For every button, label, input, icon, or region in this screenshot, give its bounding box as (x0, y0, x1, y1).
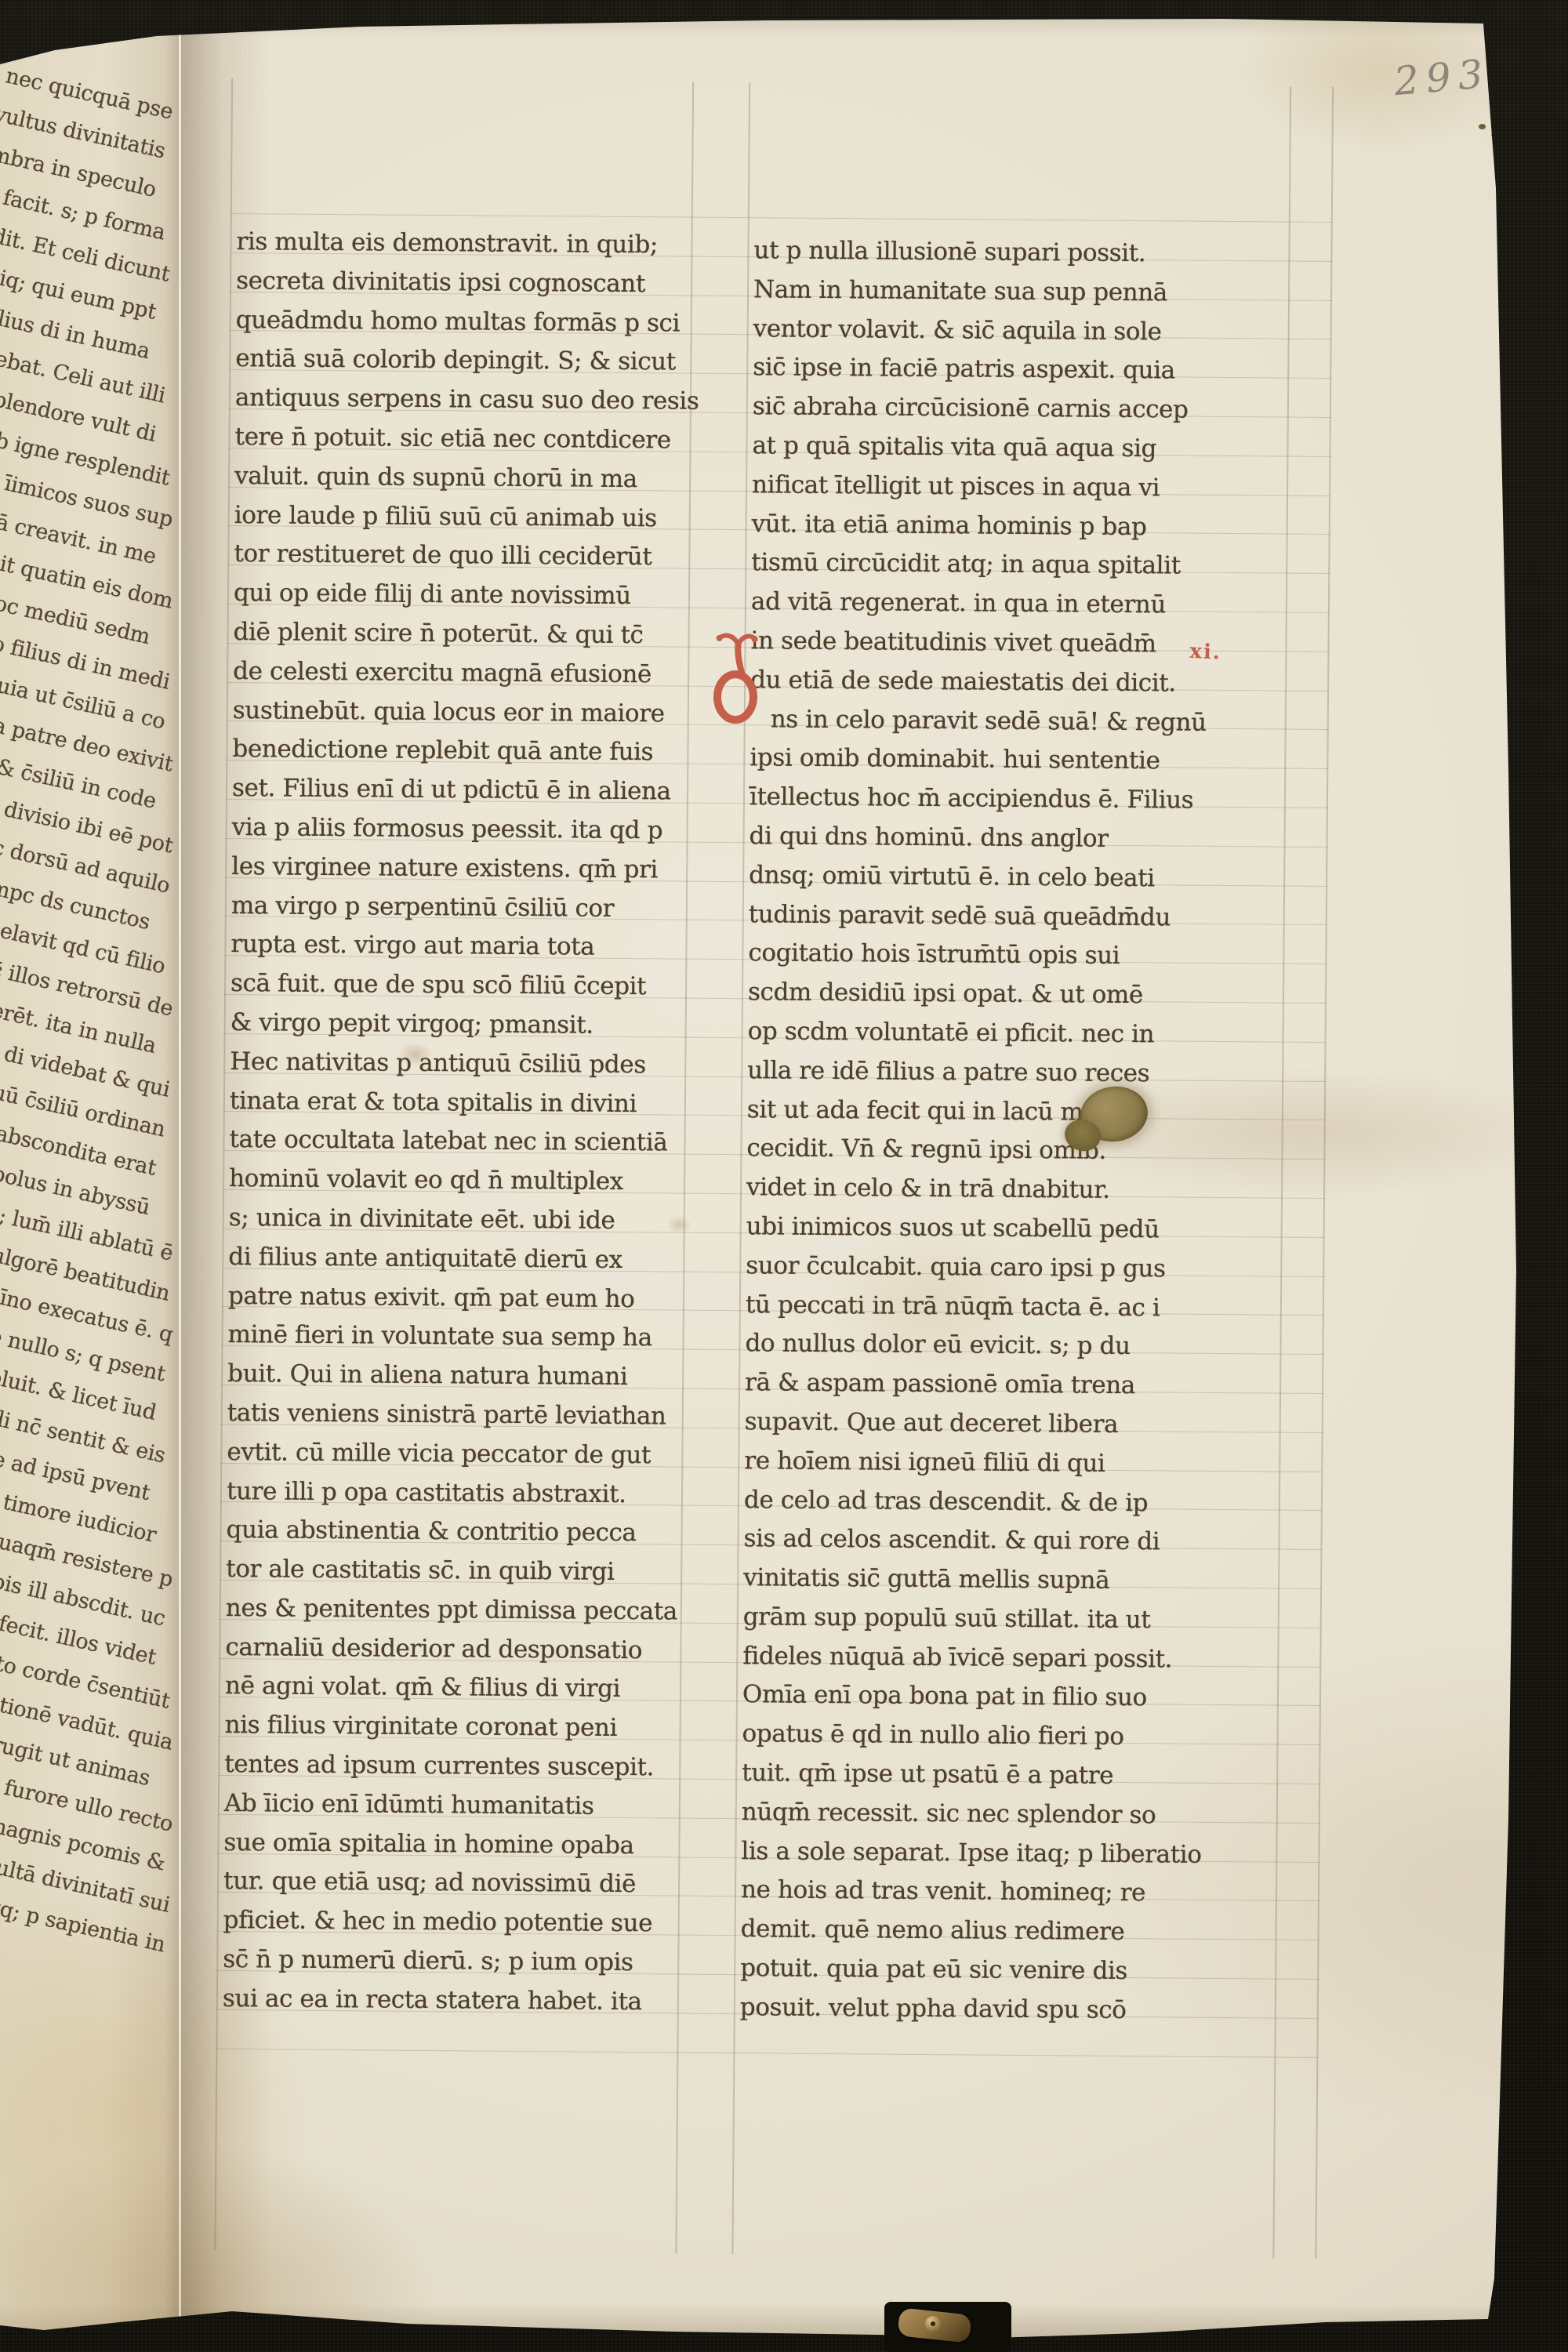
right-column-line: ipsi omib dominabit. hui sententie (750, 739, 1306, 782)
parchment-page: a potit. nec quicquā pseonē vultus divin… (0, 0, 1568, 2352)
right-column-line: tuit. qm̄ ipse ut psatū ē a patre (742, 1754, 1298, 1797)
left-column-line: tor ale castitatis sc̄. in quib virgi (226, 1550, 679, 1592)
left-column-line: ture illi p opa castitatis abstraxit. (227, 1472, 680, 1515)
left-column-line: ris multa eis demonstravit. in quib; (236, 223, 689, 265)
previous-page-edge (179, 34, 181, 2328)
left-column-line: sui ac ea in recta statera habet. ita (223, 1980, 676, 2022)
left-column-line: buit. Qui in aliena natura humani (227, 1355, 681, 1397)
right-column-line: Nam in humanitate sua sup pennā (753, 270, 1310, 314)
left-column-line: rupta est. virgo aut maria tota (230, 925, 684, 967)
right-column-line: ītellectus hoc m̄ accipiendus ē. Filius (750, 778, 1306, 821)
left-column-line: evtit. cū mille vicia peccator de gut (227, 1433, 680, 1475)
right-column-line: ubi inimicos suos ut scabellū pedū (746, 1207, 1302, 1250)
left-column-line: qui op eide filij di ante novissimū (234, 574, 687, 616)
right-column-line: ulla re idē filius a patre suo reces (747, 1051, 1304, 1094)
left-column-line: nē agni volat. qm̄ & filius di virgi (225, 1667, 678, 1709)
right-column-line: dnsq; omiū virtutū ē. in celo beati (749, 856, 1305, 899)
left-column-line: pficiet. & hec in medio potentie sue (223, 1901, 677, 1944)
right-column-line: sis ad celos ascendit. & qui rore di (743, 1519, 1300, 1563)
right-column-line: posuit. velut ppha david spu scō (740, 1988, 1297, 2031)
right-column-line: nificat ītelligit ut pisces in aqua vi (752, 466, 1308, 509)
ruling (230, 196, 1336, 205)
left-column-line: quia abstinentia & contritio pecca (226, 1511, 679, 1553)
left-column-line: antiquus serpens in casu suo deo resis (235, 379, 688, 421)
right-column-line: demit. quē nemo alius redimere (740, 1910, 1297, 1953)
left-column-line: & virgo pepit virgoq; pmansit. (230, 1004, 684, 1046)
right-column-line: sic̄ abraha circūcisionē carnis accep (753, 387, 1309, 430)
left-column-line: de celesti exercitu magnā efusionē (233, 652, 686, 695)
left-column-line: hominū volavit eo qd n̄ multiplex (229, 1160, 682, 1202)
left-column-line: patre natus exivit. qm̄ pat eum ho (228, 1277, 681, 1319)
left-column-line: carnaliū desiderior ad desponsatio (225, 1628, 678, 1671)
left-column-line: scā fuit. que de spu scō filiū c̄cepit (230, 964, 684, 1007)
left-column-line: entiā suā colorib depingit. S; & sicut (235, 339, 688, 382)
left-column-line: diē plenit scire n̄ poterūt. & qui tc̄ (233, 613, 686, 655)
left-column-line: via p aliis formosus peessit. ita qd p (231, 808, 684, 851)
left-column-line: Ab īicio enī īdūmti humanitatis (224, 1784, 677, 1827)
ruling-line-horizontal (230, 213, 1333, 223)
right-column-line: de celo ad tras descendit. & de ip (744, 1481, 1301, 1524)
left-column-line: tentes ad ipsum currentes suscepit. (224, 1745, 677, 1788)
ink-speck (1491, 133, 1496, 137)
left-column-line: iore laude p filiū suū cū animab uis (234, 496, 688, 539)
right-column-line: nūqm̄ recessit. sic nec splendor so (742, 1793, 1298, 1836)
right-column-line: re hoīem nisi igneū filiū di qui (744, 1442, 1301, 1485)
right-column: ut p nulla illusionē supari possit.Nam i… (740, 231, 1311, 2031)
right-column-line: grām sup populū suū stillat. ita ut (743, 1598, 1300, 1641)
left-column-line: tur. que etiā usq; ad novissimū diē (223, 1862, 677, 1904)
text-block: ris multa eis demonstravit. in quib;secr… (214, 196, 1336, 2259)
clasp-screw (931, 2321, 935, 2326)
right-column-line: sic̄ ipse in faciē patris aspexit. quia (753, 349, 1309, 392)
right-column-line: ne hois ad tras venit. homineq; re (741, 1871, 1298, 1915)
right-column-line: vinitatis sic̄ guttā mellis supnā (743, 1559, 1300, 1602)
ruling-line-vertical (1315, 87, 1333, 2259)
book-clasp (884, 2302, 1011, 2352)
left-column-line: valuit. quin ds supnū chorū in ma (234, 457, 688, 499)
folio-number: 293 (1392, 51, 1492, 104)
right-column-line: suor c̄culcabit. quia caro ipsi p gus (746, 1247, 1302, 1290)
initial-stem (738, 645, 742, 676)
right-column-line: ut p nulla illusionē supari possit. (753, 231, 1310, 274)
left-column-line: benedictione replebit quā ante fuis (232, 730, 685, 772)
right-column-line: ventor volavit. & sic̄ aquila in sole (753, 310, 1309, 353)
left-column-line: secreta divinitatis ipsi cognoscant (236, 262, 689, 304)
left-column-line: tor restitueret de quo illi ceciderūt (234, 535, 687, 577)
left-column-line: tinata erat & tota spitalis in divini (230, 1082, 683, 1124)
left-column-line: s; unica in divinitate eēt. ubi ide (229, 1199, 682, 1241)
left-column-line: di filius ante antiquitatē dierū ex (228, 1238, 681, 1280)
right-column-line: opatus ē qd in nullo alio fieri po (742, 1715, 1298, 1758)
right-column-line: in sede beatitudinis vivet queādm̄ (750, 622, 1307, 665)
right-column-line: potuit. quia pat eū sic venire dis (740, 1949, 1297, 1992)
left-column-line: les virginee nature existens. qm̄ pri (231, 848, 684, 890)
right-column-line: tū peccati in trā nūqm̄ tacta ē. ac i (746, 1286, 1302, 1329)
right-column-line: tismū circūcidit atq; in aqua spitalit (751, 544, 1308, 587)
left-column-line: queādmdu homo multas formās p sci (236, 301, 689, 343)
right-column-line: di qui dns hominū. dns anglor (749, 817, 1305, 860)
right-column-line: sit ut ada fecit qui in lacū mortis (747, 1091, 1304, 1134)
left-column-line: nes & penitentes ppt dimissa peccata (226, 1589, 679, 1632)
right-column-line: fideles nūquā ab īvicē separi possit. (742, 1637, 1299, 1680)
initial-curl-ball (717, 635, 723, 641)
left-column-line: minē fieri in voluntate sua semp ha (227, 1316, 681, 1358)
right-column-line: at p quā spitalis vita quā aqua sig (752, 426, 1308, 470)
rubricated-initial-D (711, 628, 760, 724)
left-column-line: sustinebūt. quia locus eor in maiore (233, 691, 686, 734)
right-column-line: tudinis paravit sedē suā queādm̄du (749, 895, 1305, 938)
right-column-line: videt in celo & in trā dnabitur. (746, 1168, 1303, 1211)
left-column: ris multa eis demonstravit. in quib;secr… (223, 223, 690, 2022)
ink-speck (1479, 124, 1486, 129)
chapter-number-rubric: xi. (1189, 640, 1222, 665)
right-column-line: du etiā de sede maiestatis dei dicit. (750, 661, 1307, 704)
right-column-line: do nullus dolor eū evicit. s; p du (745, 1325, 1301, 1368)
right-column-line: cecidit. Vn̄ & regnū ipsi omib. (746, 1130, 1303, 1173)
initial-bowl (717, 674, 753, 720)
right-column-line: Omīa enī opa bona pat in filio suo (742, 1676, 1299, 1719)
left-column-line: tate occultata latebat nec in scientiā (229, 1120, 682, 1163)
right-column-line: rā & aspam passionē omīa trena (745, 1363, 1301, 1406)
initial-curl-ball (752, 636, 758, 642)
left-column-line: nis filius virginitate coronat peni (224, 1706, 677, 1748)
left-column-line: Hec nativitas p antiquū c̄siliū pdes (230, 1043, 683, 1085)
left-column-line: ma virgo p serpentinū c̄siliū cor (231, 887, 684, 929)
right-column-line: supavit. Que aut deceret libera (745, 1403, 1301, 1446)
right-column-line: cogitatio hois īstrum̄tū opis sui (748, 935, 1305, 978)
right-column-line: ad vitā regenerat. in qua in eternū (751, 583, 1308, 626)
right-column-line: op scdm voluntatē ei pficit. nec in (747, 1012, 1304, 1055)
right-column-line: ns in celo paravit sedē suā! & regnū (750, 700, 1307, 743)
right-column-line: vūt. ita etiā anima hominis p bap (752, 505, 1308, 548)
left-column-line: set. Filius enī di ut pdictū ē in aliena (232, 769, 685, 811)
left-column-line: tere n̄ potuit. sic etiā nec contdicere (234, 418, 688, 460)
left-column-line: sc̄ n̄ p numerū dierū. s; p ium opis (223, 1940, 676, 1983)
ruling-line-horizontal (216, 2049, 1318, 2058)
prev-page-text: a potit. nec quicquā pseonē vultus divin… (0, 93, 172, 1968)
left-column-line: sue omīa spitalia in homine opaba (223, 1824, 677, 1866)
right-column-line: lis a sole separat. Ipse itaq; p liberat… (741, 1832, 1298, 1875)
previous-page-text-clip: a potit. nec quicquā pseonē vultus divin… (0, 47, 180, 2031)
right-column-line: scdm desidiū ipsi opat. & ut omē (748, 973, 1305, 1016)
manuscript-photo: a potit. nec quicquā pseonē vultus divin… (0, 0, 1568, 2352)
left-column-line: tatis veniens sinistrā partē leviathan (227, 1394, 681, 1436)
